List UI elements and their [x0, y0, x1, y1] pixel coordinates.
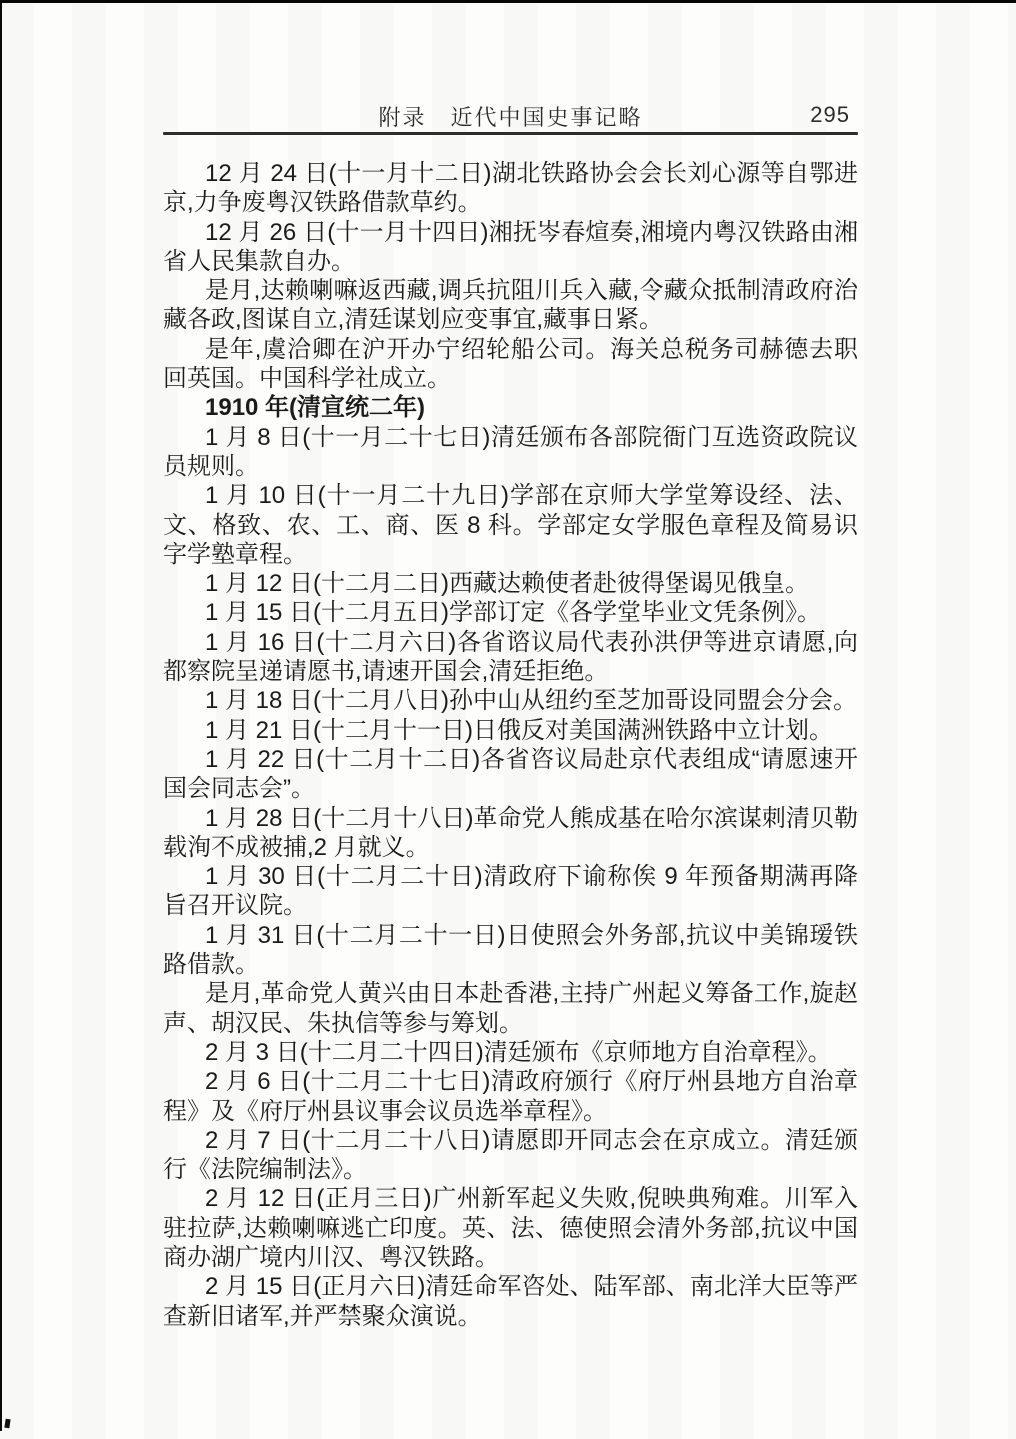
body-paragraph: 2 月 6 日(十二月二十七日)清政府颁行《府厅州县地方自治章程》及《府厅州县议… — [163, 1067, 858, 1126]
body-paragraph: 1 月 16 日(十二月六日)各省谘议局代表孙洪伊等进京请愿,向都察院呈递请愿书… — [163, 628, 858, 687]
body-paragraph: 1 月 8 日(十一月二十七日)清廷颁布各部院衙门互选资政院议员规则。 — [163, 423, 858, 482]
scan-artifact-speck — [4, 1419, 10, 1429]
body-paragraph: 2 月 15 日(正月六日)清廷命军咨处、陆军部、南北洋大臣等严查新旧诸军,并严… — [163, 1272, 858, 1331]
body-paragraph: 1 月 18 日(十二月八日)孙中山从纽约至芝加哥设同盟会分会。 — [163, 686, 858, 715]
year-heading: 1910 年(清宣统二年) — [163, 393, 858, 422]
body-paragraph: 1 月 10 日(十一月二十九日)学部在京师大学堂筹设经、法、文、格致、农、工、… — [163, 481, 858, 569]
body-paragraph: 是年,虞洽卿在沪开办宁绍轮船公司。海关总税务司赫德去职回英国。中国科学社成立。 — [163, 335, 858, 394]
body-paragraph: 1 月 31 日(十二月二十一日)日使照会外务部,抗议中美锦瑷铁路借款。 — [163, 921, 858, 980]
body-paragraph: 12 月 24 日(十一月十二日)湖北铁路协会会长刘心源等自鄂进京,力争废粤汉铁… — [163, 159, 858, 218]
body-paragraph: 2 月 12 日(正月三日)广州新军起义失败,倪映典殉难。川军入驻拉萨,达赖喇嘛… — [163, 1184, 858, 1272]
body-paragraph: 12 月 26 日(十一月十四日)湘抚岑春煊奏,湘境内粤汉铁路由湘省人民集款自办… — [163, 218, 858, 277]
scan-artifact-top-edge — [0, 0, 1016, 3]
page-number: 295 — [810, 102, 850, 128]
header-rule — [163, 132, 858, 135]
body-paragraph: 2 月 7 日(十二月二十八日)请愿即开同志会在京成立。清廷颁行《法院编制法》。 — [163, 1126, 858, 1185]
body-paragraph: 1 月 22 日(十二月十二日)各省咨议局赴京代表组成“请愿速开国会同志会”。 — [163, 745, 858, 804]
body-paragraph: 是月,达赖喇嘛返西藏,调兵抗阻川兵入藏,令藏众抵制清政府治藏各政,图谋自立,清廷… — [163, 276, 858, 335]
page-header: 附录 近代中国史事记略 295 — [163, 101, 858, 129]
running-title: 附录 近代中国史事记略 — [378, 105, 642, 130]
body-paragraph: 是月,革命党人黄兴由日本赴香港,主持广州起义筹备工作,旋赵声、胡汉民、朱执信等参… — [163, 979, 858, 1038]
body-paragraph: 1 月 28 日(十二月十八日)革命党人熊成基在哈尔滨谋刺清贝勒载洵不成被捕,2… — [163, 804, 858, 863]
body-paragraph: 1 月 12 日(十二月二日)西藏达赖使者赴彼得堡谒见俄皇。 — [163, 569, 858, 598]
body-paragraph: 1 月 15 日(十二月五日)学部订定《各学堂毕业文凭条例》。 — [163, 598, 858, 627]
book-page: 附录 近代中国史事记略 295 12 月 24 日(十一月十二日)湖北铁路协会会… — [0, 0, 1016, 1439]
scan-artifact-left-edge — [0, 0, 2, 1431]
body-paragraph: 1 月 21 日(十二月十一日)日俄反对美国满洲铁路中立计划。 — [163, 716, 858, 745]
body-paragraph: 1 月 30 日(十二月二十日)清政府下谕称俟 9 年预备期满再降旨召开议院。 — [163, 862, 858, 921]
body-paragraph: 2 月 3 日(十二月二十四日)清廷颁布《京师地方自治章程》。 — [163, 1038, 858, 1067]
body-text: 12 月 24 日(十一月十二日)湖北铁路协会会长刘心源等自鄂进京,力争废粤汉铁… — [163, 159, 858, 1331]
